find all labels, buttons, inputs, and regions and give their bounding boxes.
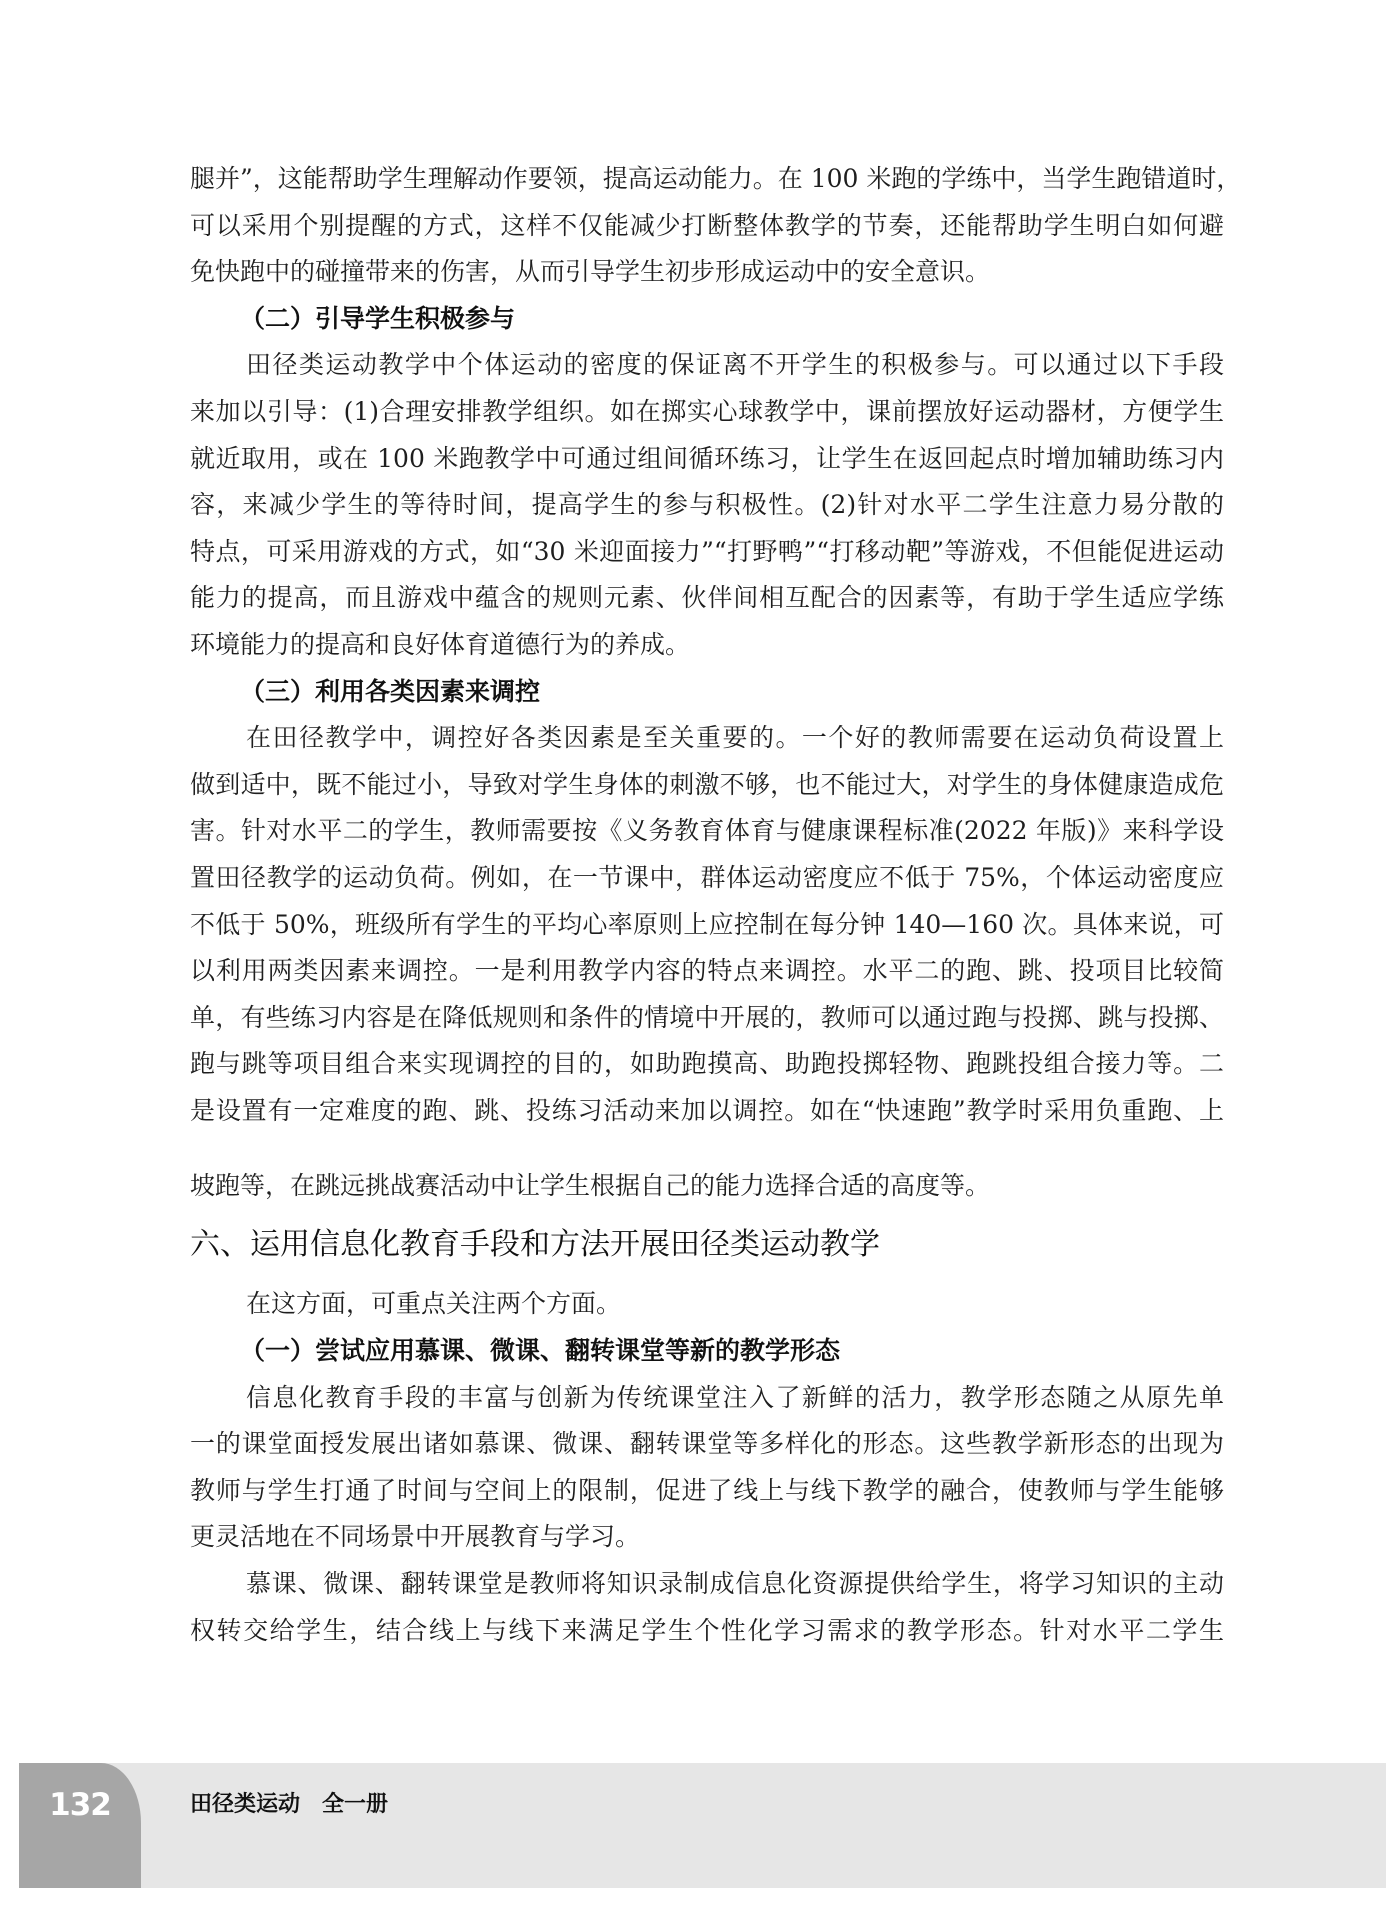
body-line: 信息化教育手段的丰富与创新为传统课堂注入了新鲜的活力，教学形态随之从原先单	[246, 1374, 1224, 1421]
body-line: 容，来减少学生的等待时间，提高学生的参与积极性。(2)针对水平二学生注意力易分散…	[190, 481, 1224, 528]
subheading-factor-control: （三）利用各类因素来调控	[240, 668, 540, 715]
body-line: 环境能力的提高和良好体育道德行为的养成。	[190, 621, 1224, 668]
book-title: 田径类运动 全一册	[190, 1763, 388, 1847]
body-line: 可以采用个别提醒的方式，这样不仅能减少打断整体教学的节奏，还能帮助学生明白如何避	[190, 202, 1224, 249]
body-line: 一的课堂面授发展出诸如慕课、微课、翻转课堂等多样化的形态。这些教学新形态的出现为	[190, 1420, 1224, 1467]
subheading-new-teaching-forms: （一）尝试应用慕课、微课、翻转课堂等新的教学形态	[240, 1327, 840, 1374]
body-line: 腿并”，这能帮助学生理解动作要领，提高运动能力。在 100 米跑的学练中，当学生…	[190, 155, 1224, 202]
body-line: 以利用两类因素来调控。一是利用教学内容的特点来调控。水平二的跑、跳、投项目比较简	[190, 947, 1224, 994]
body-line: 教师与学生打通了时间与空间上的限制，促进了线上与线下教学的融合，使教师与学生能够	[190, 1467, 1224, 1514]
body-line: 在田径教学中，调控好各类因素是至关重要的。一个好的教师需要在运动负荷设置上	[246, 714, 1224, 761]
subheading-guide-participation: （二）引导学生积极参与	[240, 295, 515, 342]
body-line: 来加以引导：(1)合理安排教学组织。如在掷实心球教学中，课前摆放好运动器材，方便…	[190, 388, 1224, 435]
body-line: 在这方面，可重点关注两个方面。	[246, 1280, 1224, 1327]
body-line: 更灵活地在不同场景中开展教育与学习。	[190, 1513, 1224, 1560]
body-line: 是设置有一定难度的跑、跳、投练习活动来加以调控。如在“快速跑”教学时采用负重跑、…	[190, 1087, 1224, 1134]
body-line: 不低于 50%，班级所有学生的平均心率原则上应控制在每分钟 140—160 次。…	[190, 901, 1224, 948]
body-line: 置田径教学的运动负荷。例如，在一节课中，群体运动密度应不低于 75%，个体运动密…	[190, 854, 1224, 901]
body-line: 免快跑中的碰撞带来的伤害，从而引导学生初步形成运动中的安全意识。	[190, 248, 1224, 295]
body-line: 能力的提高，而且游戏中蕴含的规则元素、伙伴间相互配合的因素等，有助于学生适应学练	[190, 574, 1224, 621]
body-line: 坡跑等，在跳远挑战赛活动中让学生根据自己的能力选择合适的高度等。	[190, 1162, 1224, 1209]
body-line: 权转交给学生，结合线上与线下来满足学生个性化学习需求的教学形态。针对水平二学生	[190, 1607, 1224, 1654]
section-heading: 六、运用信息化教育手段和方法开展田径类运动教学	[190, 1224, 880, 1266]
body-line: 害。针对水平二的学生，教师需要按《义务教育体育与健康课程标准(2022 年版)》…	[190, 807, 1224, 854]
body-line: 单，有些练习内容是在降低规则和条件的情境中开展的，教师可以通过跑与投掷、跳与投掷…	[190, 994, 1224, 1041]
page-number: 132	[19, 1763, 141, 1847]
body-line: 慕课、微课、翻转课堂是教师将知识录制成信息化资源提供给学生，将学习知识的主动	[246, 1560, 1224, 1607]
body-line: 就近取用，或在 100 米跑教学中可通过组间循环练习，让学生在返回起点时增加辅助…	[190, 435, 1224, 482]
document-page: 腿并”，这能帮助学生理解动作要领，提高运动能力。在 100 米跑的学练中，当学生…	[0, 0, 1388, 1917]
body-line: 特点，可采用游戏的方式，如“30 米迎面接力”“打野鸭”“打移动靶”等游戏，不但…	[190, 528, 1224, 575]
body-line: 做到适中，既不能过小，导致对学生身体的刺激不够，也不能过大，对学生的身体健康造成…	[190, 761, 1224, 808]
body-line: 跑与跳等项目组合来实现调控的目的，如助跑摸高、助跑投掷轻物、跑跳投组合接力等。二	[190, 1040, 1224, 1087]
body-line: 田径类运动教学中个体运动的密度的保证离不开学生的积极参与。可以通过以下手段	[246, 341, 1224, 388]
